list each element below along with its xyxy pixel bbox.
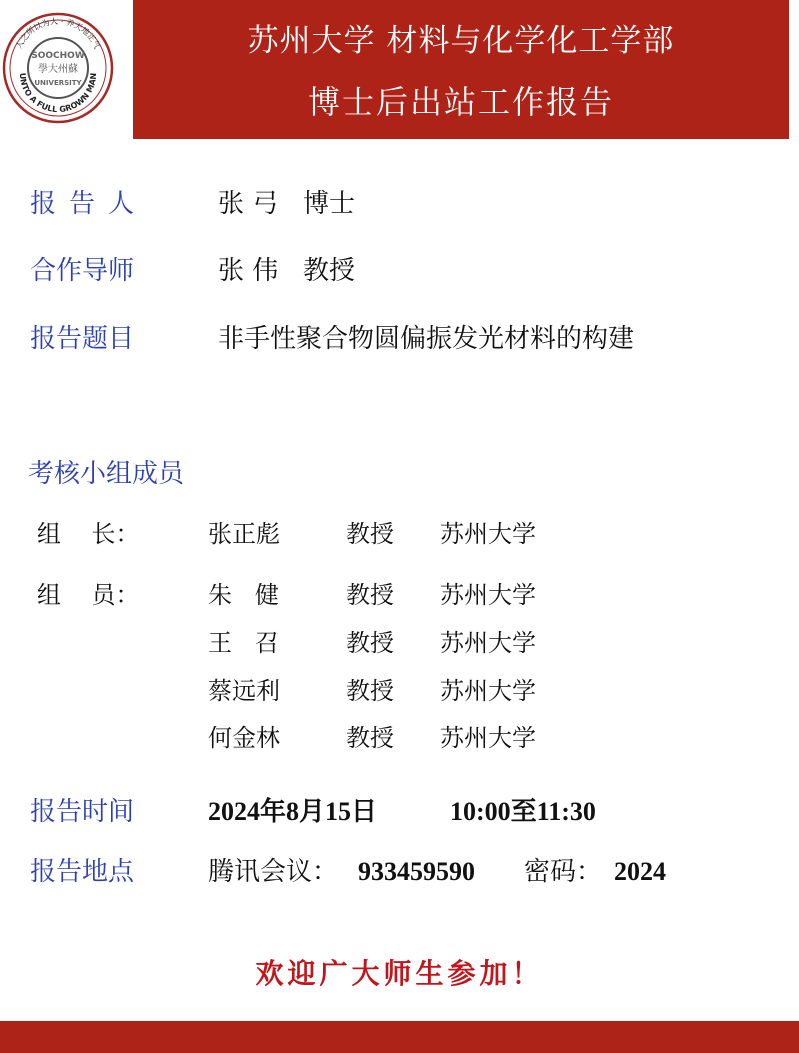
university-logo: SOOCHOW 學大州蘇 UNIVERSITY UNTO A FULL GROW…	[2, 12, 114, 124]
member-org: 苏州大学	[440, 723, 536, 753]
member-org: 苏州大学	[440, 628, 536, 658]
password-prefix: 密码：	[524, 856, 602, 888]
time-value: 10:00至11:30	[450, 796, 596, 828]
meeting-id: 933459590	[358, 856, 475, 888]
member-title: 教授	[346, 628, 394, 658]
advisor-label: 合作导师	[30, 255, 134, 287]
member-name: 何金林	[208, 723, 280, 753]
meeting-prefix: 腾讯会议：	[208, 856, 338, 888]
topic-label: 报告题目	[30, 323, 134, 355]
committee-title: 考核小组成员	[28, 458, 184, 490]
advisor-value: 张 伟 教授	[218, 255, 355, 287]
logo-text-en2: UNIVERSITY	[34, 79, 82, 87]
logo-text-cn: 學大州蘇	[38, 62, 78, 75]
member-name: 蔡远利	[208, 676, 280, 706]
leader-label: 组 长：	[37, 519, 140, 549]
footer-banner	[0, 1021, 799, 1053]
reporter-label: 报告人	[30, 188, 147, 220]
logo-text-en1: SOOCHOW	[31, 51, 85, 61]
reporter-value: 张 弓 博士	[218, 188, 355, 220]
place-label: 报告地点	[30, 856, 134, 888]
member-org: 苏州大学	[440, 519, 536, 549]
header-title-line2: 博士后出站工作报告	[133, 82, 789, 122]
member-name: 王 召	[208, 628, 279, 658]
member-title: 教授	[346, 723, 394, 753]
member-org: 苏州大学	[440, 580, 536, 610]
time-label: 报告时间	[30, 796, 134, 828]
member-title: 教授	[346, 676, 394, 706]
member-org: 苏州大学	[440, 676, 536, 706]
header-banner: 苏州大学 材料与化学化工学部 博士后出站工作报告	[133, 0, 789, 139]
member-name: 朱 健	[208, 580, 279, 610]
date-value: 2024年8月15日	[208, 796, 377, 828]
members-label: 组 员：	[37, 580, 140, 610]
member-name: 张正彪	[208, 519, 280, 549]
member-title: 教授	[346, 519, 394, 549]
header-title-line1: 苏州大学 材料与化学化工学部	[133, 22, 789, 60]
welcome-text: 欢迎广大师生参加！	[0, 952, 799, 992]
member-title: 教授	[346, 580, 394, 610]
topic-value: 非手性聚合物圆偏振发光材料的构建	[218, 323, 634, 355]
password-value: 2024	[614, 856, 666, 888]
